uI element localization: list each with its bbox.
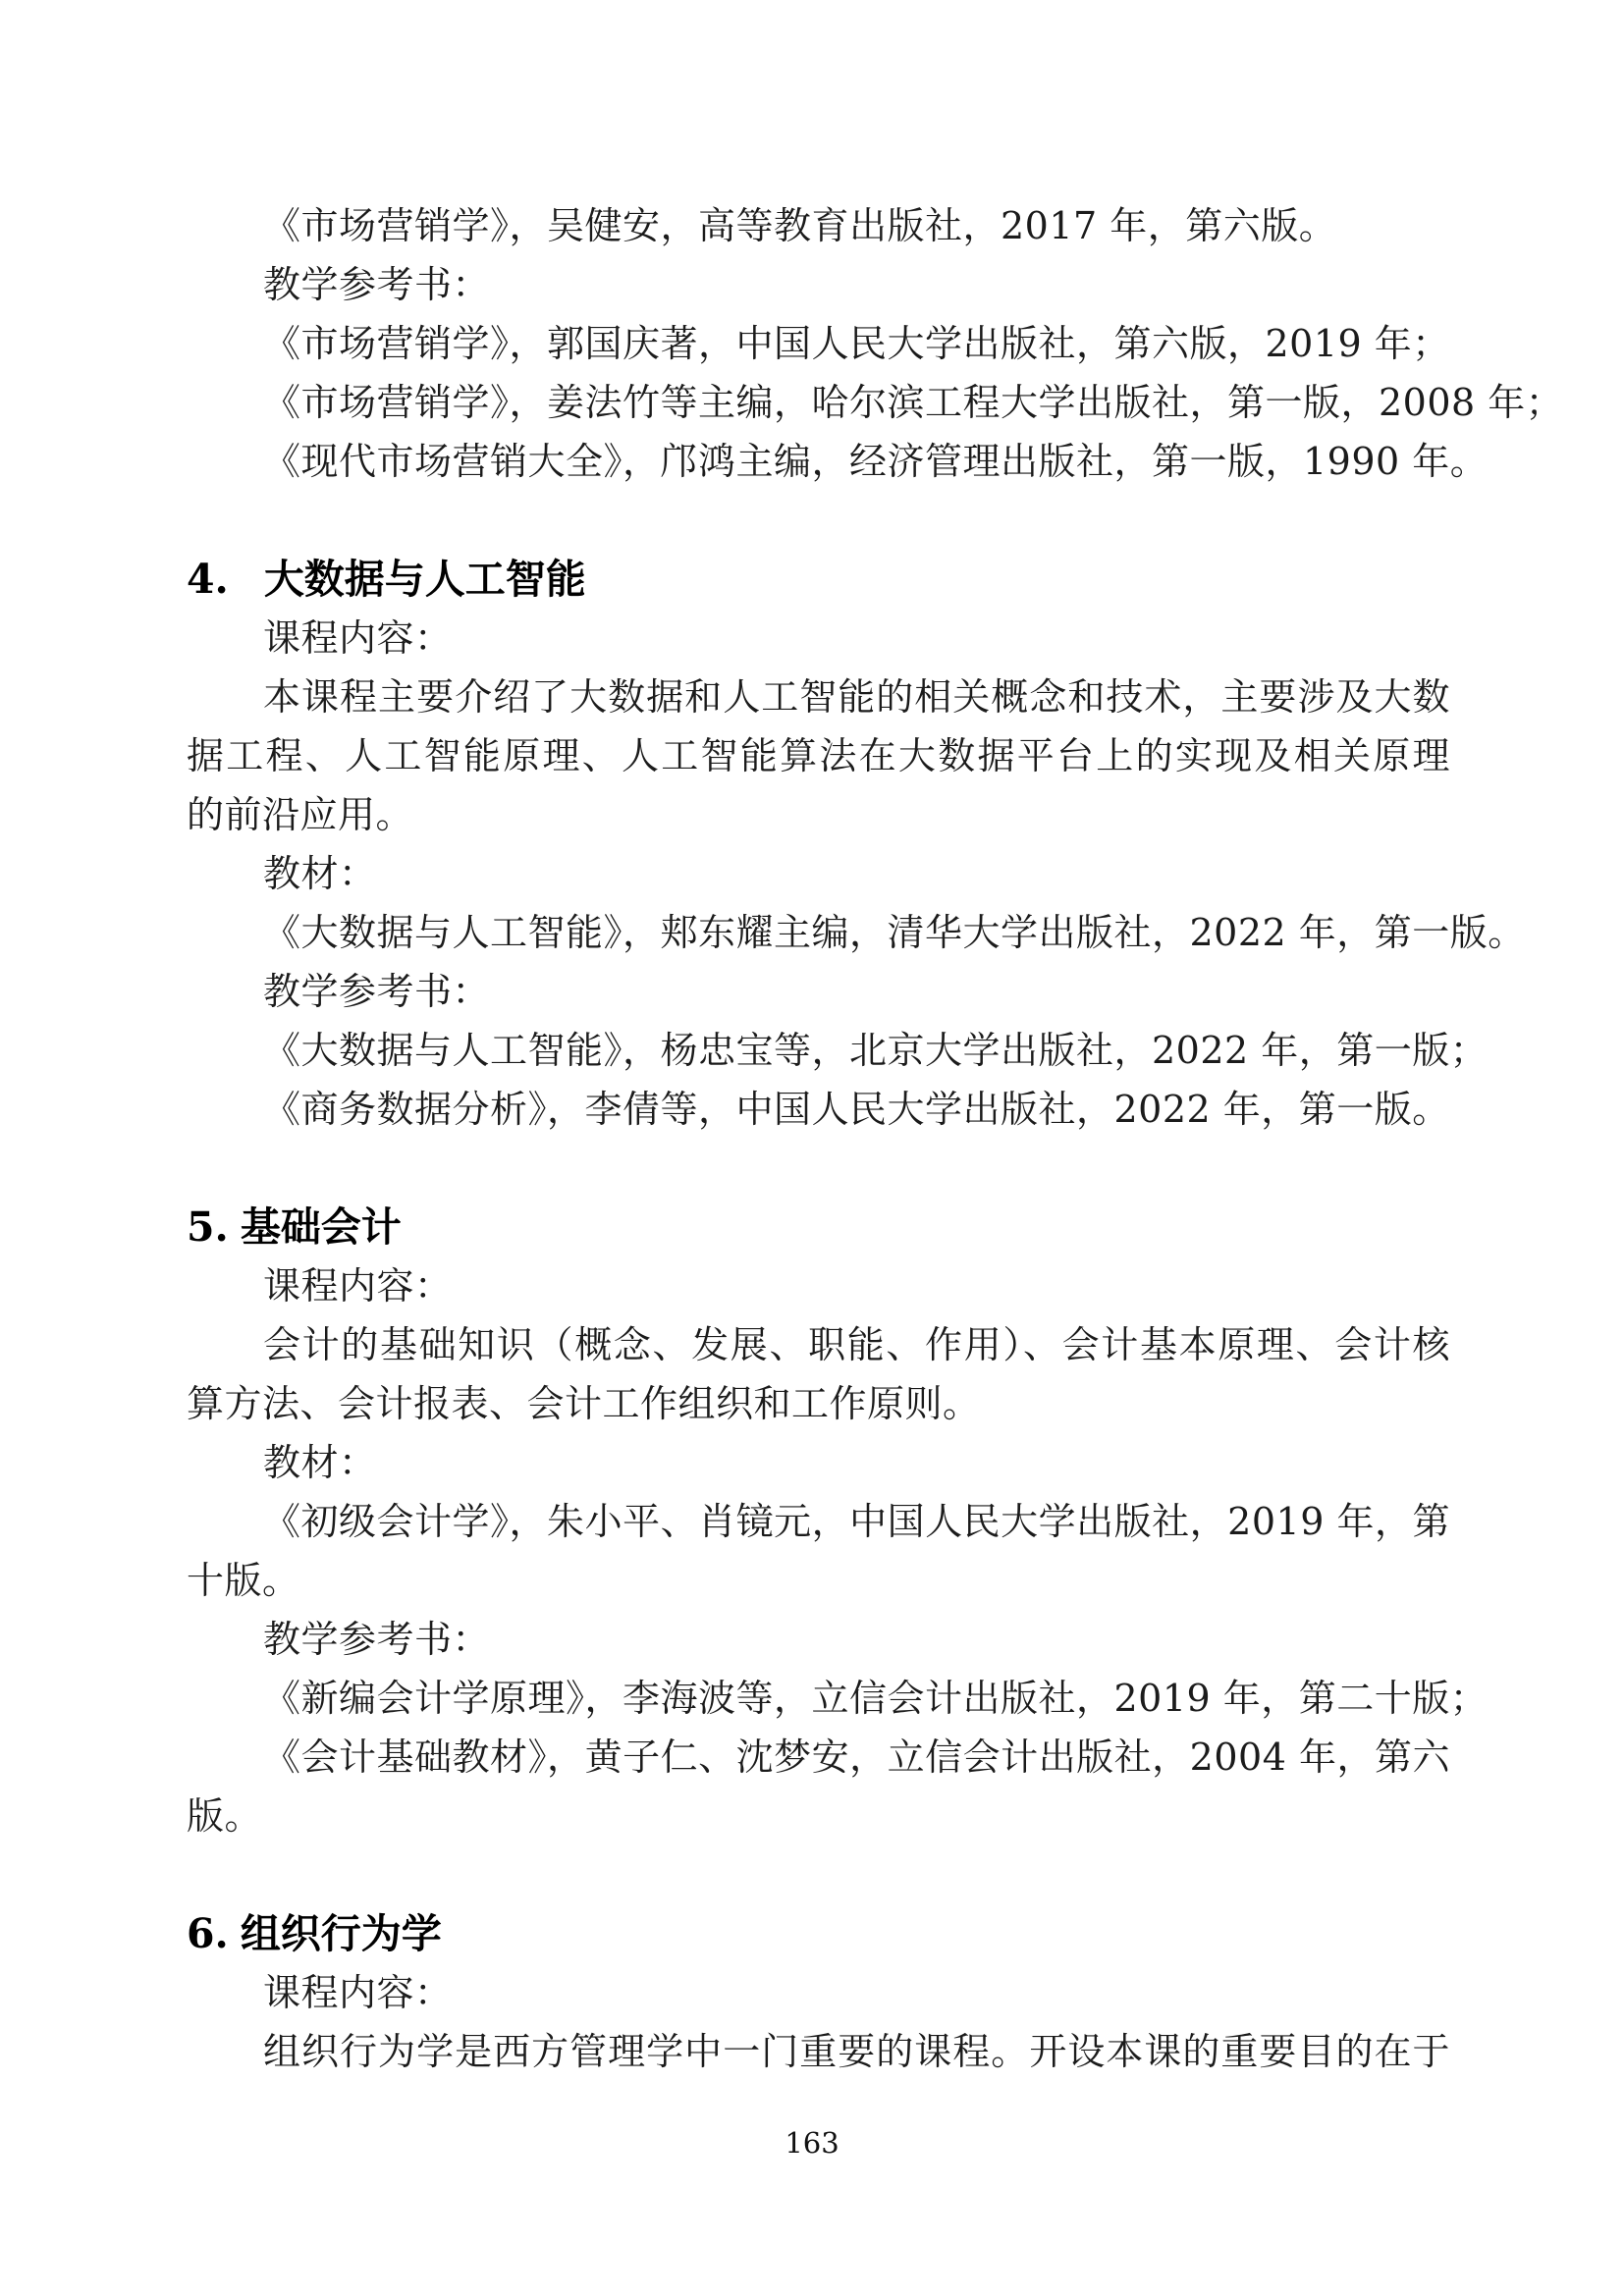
heading-number: 4. — [187, 550, 229, 609]
text-line: 组织行为学是西方管理学中一门重要的课程。开设本课的重要目的在于 — [187, 2022, 1450, 2081]
text-line: 的前沿应用。 — [187, 785, 1450, 844]
heading-title: 大数据与人工智能 — [264, 556, 586, 603]
page-number: 163 — [0, 2126, 1624, 2160]
text-line: 教材： — [187, 1433, 1450, 1492]
text-line: 课程内容： — [187, 1963, 1450, 2022]
blank-line — [187, 1845, 1450, 1904]
text-line: 课程内容： — [187, 609, 1450, 667]
section-heading-accounting: 5.基础会计 — [187, 1198, 1450, 1256]
text-line: 《新编会计学原理》，李海波等，立信会计出版社，2019 年，第二十版； — [187, 1669, 1450, 1728]
heading-title: 组织行为学 — [241, 1910, 442, 1957]
text-line: 《现代市场营销大全》，邝鸿主编，经济管理出版社，第一版，1990 年。 — [187, 432, 1450, 491]
text-line: 十版。 — [187, 1551, 1450, 1610]
text-line: 版。 — [187, 1787, 1450, 1845]
text-line: 《初级会计学》，朱小平、肖镜元，中国人民大学出版社，2019 年，第 — [187, 1492, 1450, 1551]
text-line: 《大数据与人工智能》，杨忠宝等，北京大学出版社，2022 年，第一版； — [187, 1021, 1450, 1080]
text-line: 《市场营销学》，郭国庆著，中国人民大学出版社，第六版，2019 年； — [187, 314, 1450, 373]
document-page: 《市场营销学》，吴健安，高等教育出版社，2017 年，第六版。 教学参考书： 《… — [0, 0, 1624, 2296]
text-line: 教材： — [187, 844, 1450, 903]
text-line: 算方法、会计报表、会计工作组织和工作原则。 — [187, 1374, 1450, 1433]
blank-line — [187, 1139, 1450, 1198]
section-heading-big-data: 4.大数据与人工智能 — [187, 550, 1450, 609]
text-line: 《商务数据分析》，李倩等，中国人民大学出版社，2022 年，第一版。 — [187, 1080, 1450, 1139]
heading-number: 5. — [187, 1198, 229, 1256]
text-line: 《大数据与人工智能》，郏东耀主编，清华大学出版社，2022 年，第一版。 — [187, 903, 1450, 962]
text-line: 教学参考书： — [187, 1610, 1450, 1669]
blank-line — [187, 491, 1450, 550]
text-line: 《会计基础教材》，黄子仁、沈梦安，立信会计出版社，2004 年，第六 — [187, 1728, 1450, 1787]
text-line: 会计的基础知识（概念、发展、职能、作用）、会计基本原理、会计核 — [187, 1315, 1450, 1374]
text-line: 《市场营销学》，吴健安，高等教育出版社，2017 年，第六版。 — [187, 196, 1450, 255]
text-line: 教学参考书： — [187, 255, 1450, 314]
course-catalog-text: 《市场营销学》，吴健安，高等教育出版社，2017 年，第六版。 教学参考书： 《… — [187, 196, 1450, 2081]
heading-title: 基础会计 — [241, 1203, 402, 1251]
section-heading-organizational-behavior: 6.组织行为学 — [187, 1904, 1450, 1963]
text-line: 课程内容： — [187, 1256, 1450, 1315]
heading-number: 6. — [187, 1904, 229, 1963]
text-line: 本课程主要介绍了大数据和人工智能的相关概念和技术，主要涉及大数 — [187, 667, 1450, 726]
text-line: 据工程、人工智能原理、人工智能算法在大数据平台上的实现及相关原理 — [187, 726, 1450, 785]
text-line: 《市场营销学》，姜法竹等主编，哈尔滨工程大学出版社，第一版，2008 年； — [187, 373, 1450, 432]
text-line: 教学参考书： — [187, 962, 1450, 1021]
